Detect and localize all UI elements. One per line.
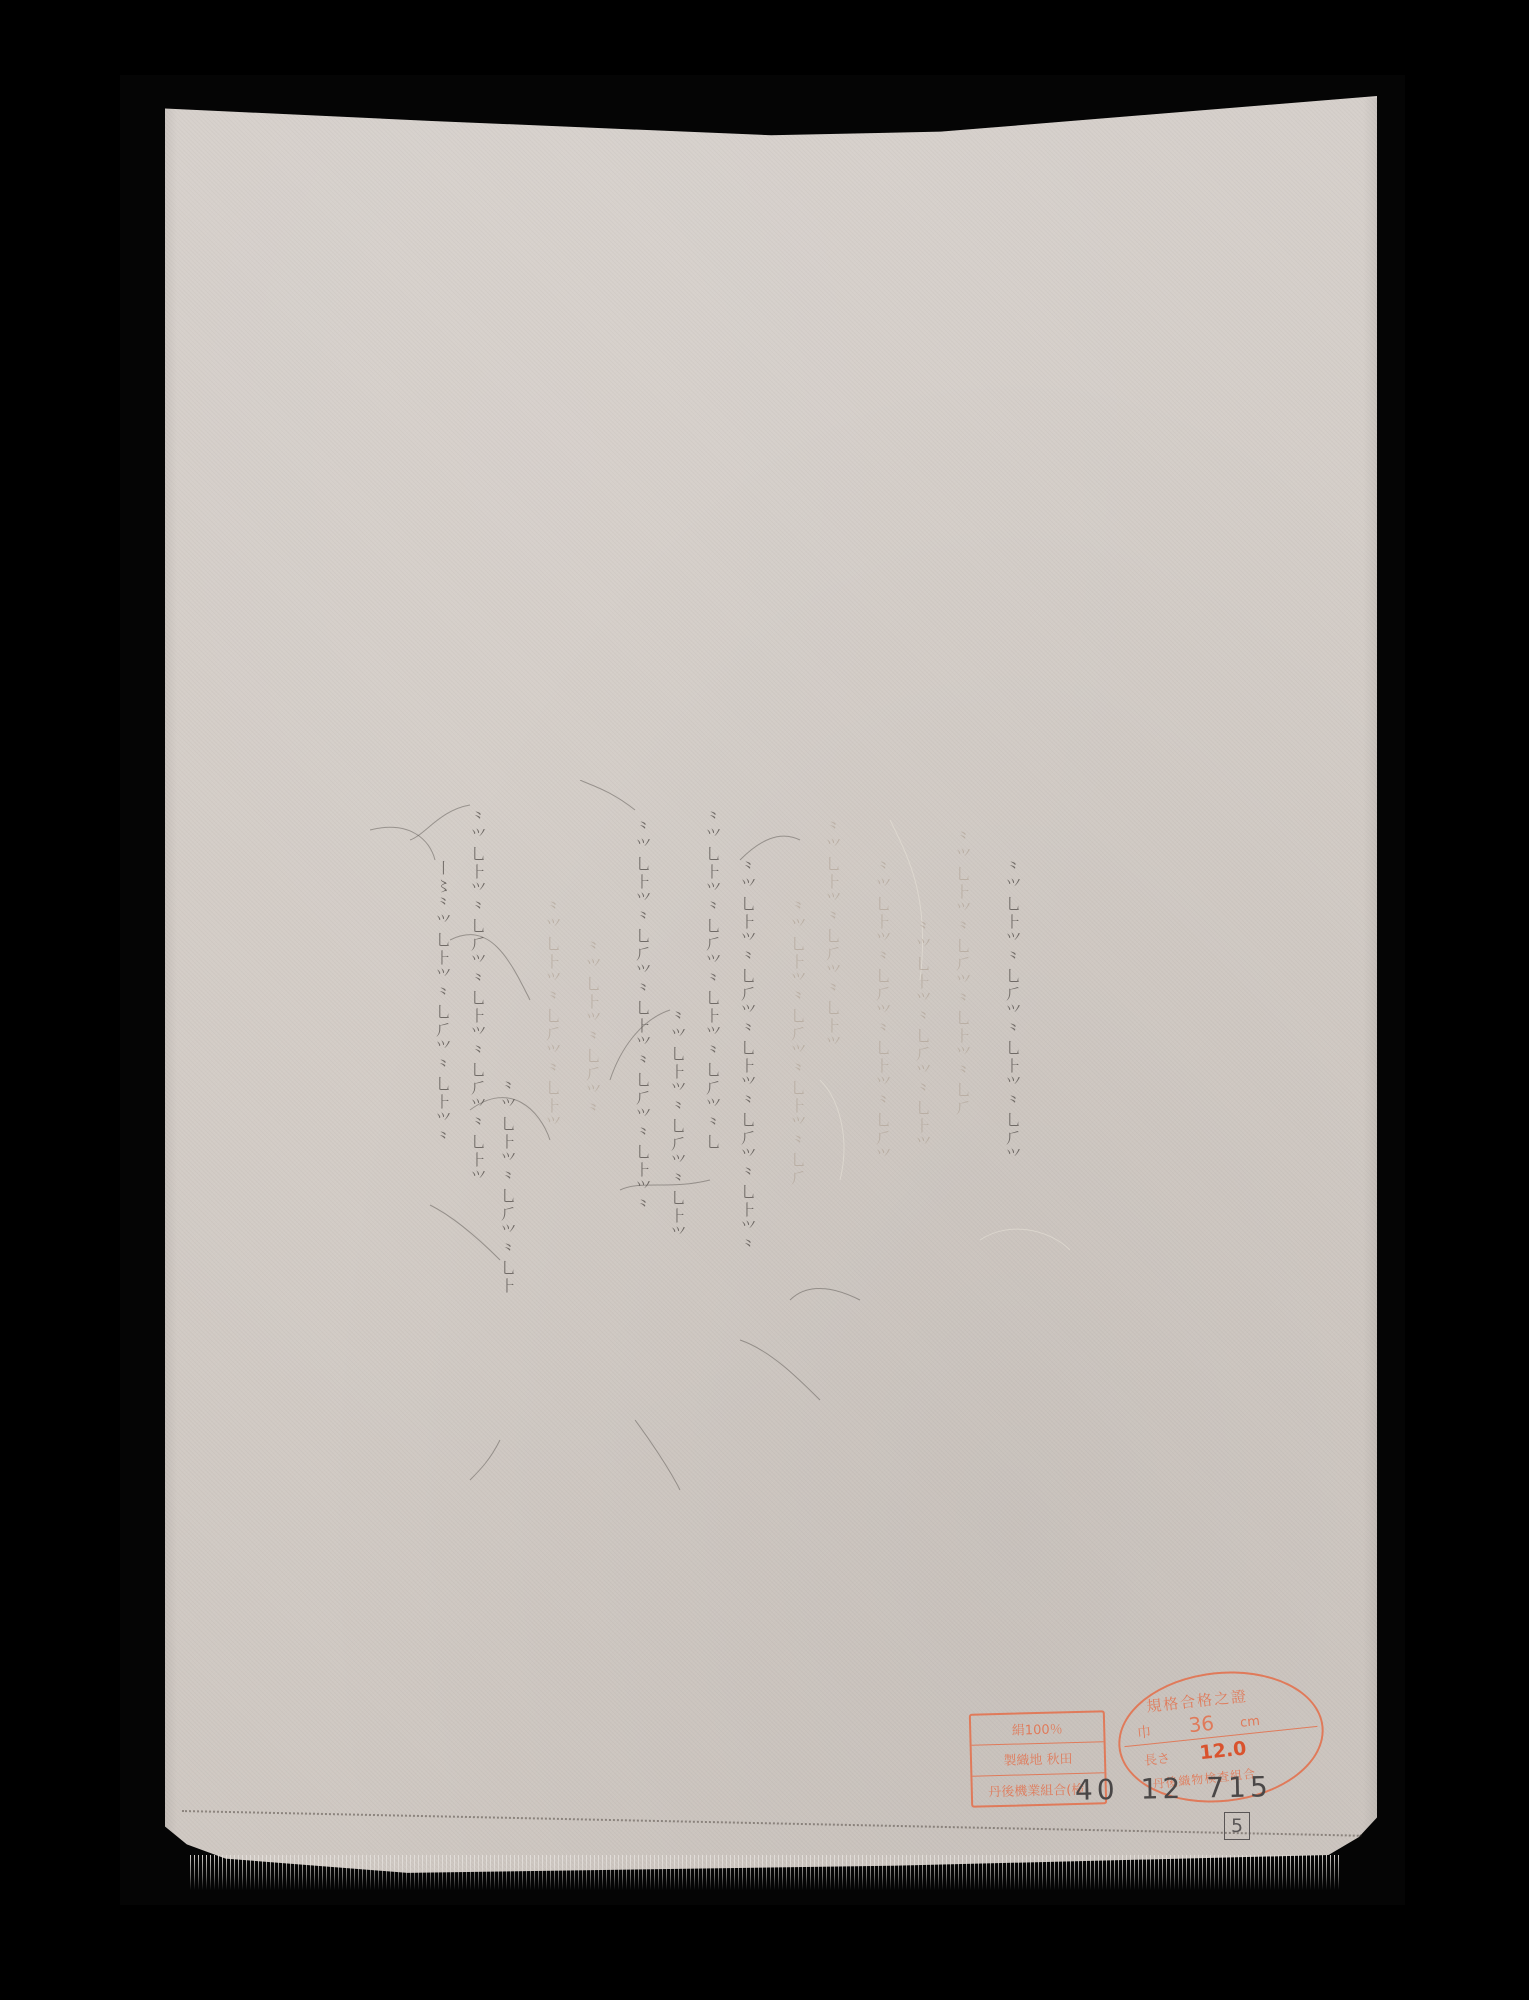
embroidery-column: ⺀⺍⺃⺊⺍⺀⺃⺁⺍⺀⺃⺊⺍⺀⺃⺁⺍⺀⺃⺊⺍⺀: [740, 860, 755, 1256]
embroidery-column: ⺀⺍⺃⺊⺍⺀⺃⺁⺍⺀⺃⺊⺍⺀⺃⺁⺍⺀⺃⺊⺍⺀: [635, 820, 650, 1216]
width-unit: cm: [1239, 1714, 1260, 1731]
embroidery-column: ⺀⺍⺃⺊⺍⺀⺃⺁⺍⺀: [585, 940, 600, 1120]
frayed-fringe: [190, 1855, 1340, 1890]
embroidery-column: ⺀⺍⺃⺊⺍⺀⺃⺁⺍⺀⺃⺊⺍⺀⺃⺁: [955, 830, 970, 1118]
embroidery-column: ⺀⺍⺃⺊⺍⺀⺃⺁⺍⺀⺃⺊⺍⺀⺃⺁: [790, 900, 805, 1188]
right-selvage: [1363, 98, 1377, 1838]
width-label: 巾: [1136, 1724, 1152, 1741]
length-label: 長さ: [1143, 1751, 1170, 1769]
stamp-silk-percent: 絹100％: [971, 1712, 1104, 1745]
serial-part-1: 40: [1075, 1773, 1119, 1807]
length-value: 12.0: [1198, 1737, 1247, 1764]
embroidery-column: ⺀⺍⺃⺊⺍⺀⺃⺁⺍⺀⺃⺊⺍⺀⺃⺁⺍⺀⺃: [705, 810, 720, 1152]
serial-part-3: 715: [1206, 1770, 1272, 1804]
embroidery-column: ⺀⺍⺃⺊⺍⺀⺃⺁⺍⺀⺃⺊⺍: [825, 820, 840, 1054]
embroidery-column: ⺀⺍⺃⺊⺍⺀⺃⺁⺍⺀⺃⺊⺍⺀⺃⺁⺍⺀⺃⺊⺍: [470, 810, 485, 1188]
embroidery-column: ⺀⺍⺃⺊⺍⺀⺃⺁⺍⺀⺃⺊⺍: [670, 1010, 685, 1244]
pencil-serial-number: 4012715: [1075, 1770, 1272, 1806]
boxed-grade-mark: 5: [1224, 1812, 1250, 1840]
embroidery-column: ⺀⺍⺃⺊⺍⺀⺃⺁⺍⺀⺃⺊⺍⺀⺃⺁⺍: [875, 860, 890, 1166]
embroidered-script: ⼁〻⺀⺍⺃⺊⺍⺀⺃⺁⺍⺀⺃⺊⺍⺀⺀⺍⺃⺊⺍⺀⺃⺁⺍⺀⺃⺊⺍⺀⺃⺁⺍⺀⺃⺊⺍⺀⺍⺃…: [370, 780, 1070, 1500]
width-value: 36: [1187, 1711, 1215, 1738]
embroidery-column: ⺀⺍⺃⺊⺍⺀⺃⺁⺍⺀⺃⺊⺍: [915, 920, 930, 1154]
embroidery-column: ⺀⺍⺃⺊⺍⺀⺃⺁⺍⺀⺃⺊⺍⺀⺃⺁⺍: [1005, 860, 1020, 1166]
serial-part-2: 12: [1140, 1772, 1184, 1806]
stamp-origin: 製織地 秋田: [972, 1742, 1105, 1776]
embroidery-column: ⼁〻⺀⺍⺃⺊⺍⺀⺃⺁⺍⺀⺃⺊⺍⺀: [435, 860, 450, 1148]
embroidery-column: ⺀⺍⺃⺊⺍⺀⺃⺁⺍⺀⺃⺊: [500, 1080, 515, 1296]
left-selvage: [165, 100, 177, 1860]
embroidery-column: ⺀⺍⺃⺊⺍⺀⺃⺁⺍⺀⺃⺊⺍: [545, 900, 560, 1134]
